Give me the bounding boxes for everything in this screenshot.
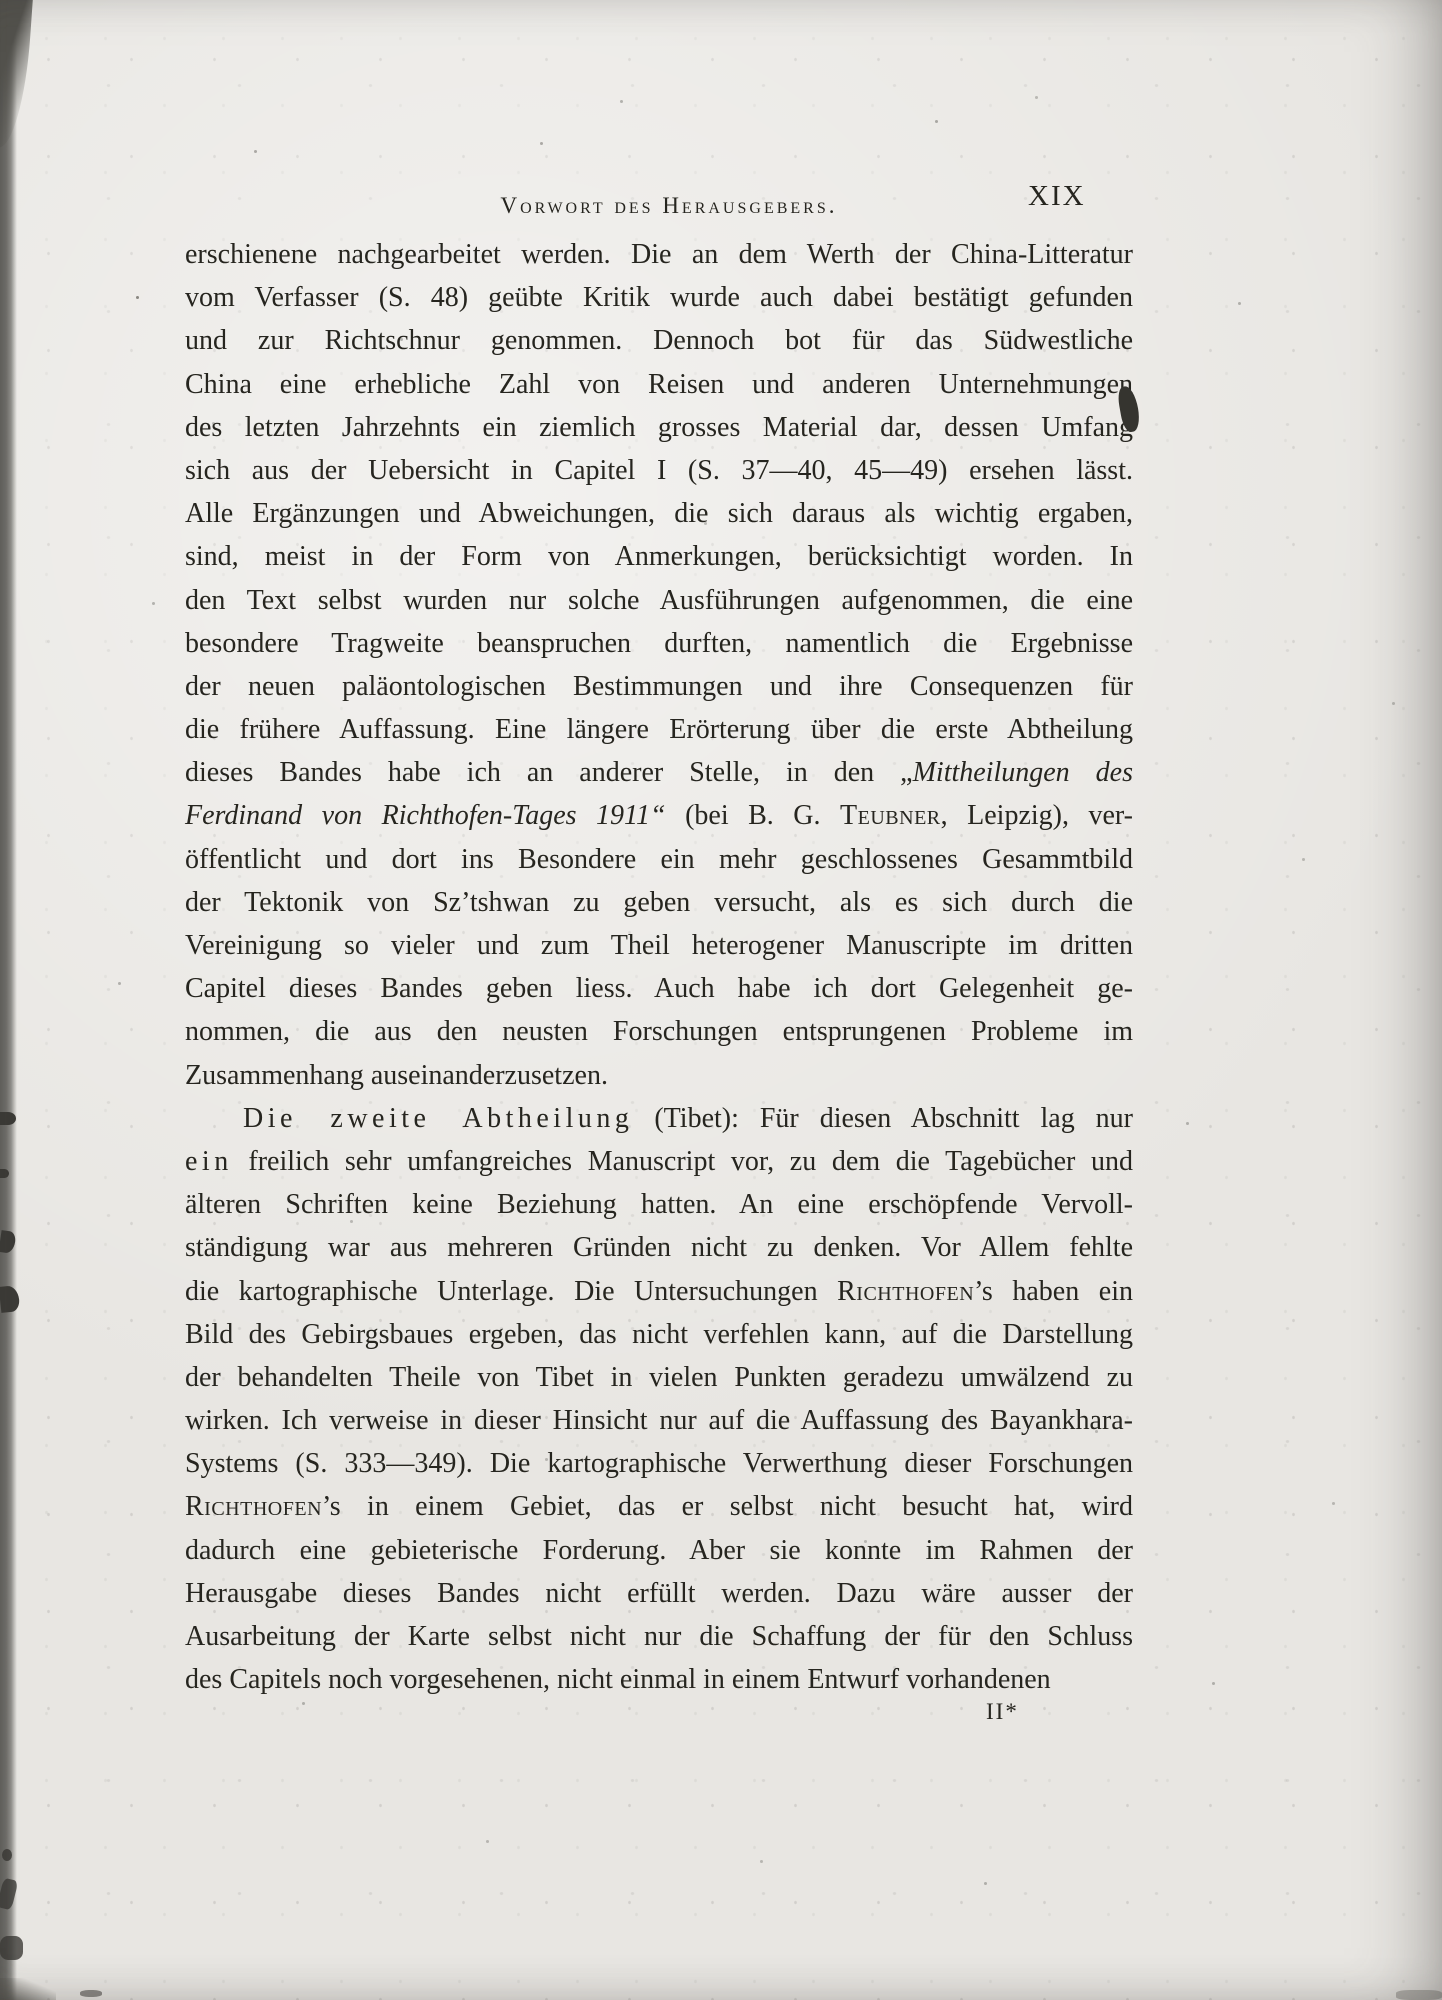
text-line: Herausgabe dieses Bandes nicht erfüllt w… — [185, 1572, 1133, 1615]
text-line: der behandelten Theile von Tibet in viel… — [185, 1356, 1133, 1399]
line-segment: (Tibet): Für diesen Abschnitt lag nur — [633, 1103, 1133, 1134]
signature-mark: II* — [986, 1699, 1019, 1725]
text-line: Systems (S. 333—349). Die kartographisch… — [185, 1442, 1133, 1485]
line-segment: dieses Bandes habe ich an anderer Stelle… — [185, 757, 913, 788]
text-line: die kartographische Unterlage. Die Unter… — [185, 1270, 1133, 1313]
paragraph-1: erschienene nachgearbeitet werden. Die a… — [185, 233, 1133, 1097]
text-line: Ferdinand von Richthofen-Tages 1911“ (be… — [185, 794, 1133, 837]
line-segment: ’s haben ein — [974, 1276, 1133, 1307]
journal-title-italic: Mittheilungen des — [913, 757, 1133, 788]
line-segment: freilich sehr umfangreiches Manuscript v… — [233, 1146, 1133, 1177]
text-line: älteren Schriften keine Beziehung hatten… — [185, 1183, 1133, 1226]
line-segment: , Leipzig), ver- — [941, 800, 1133, 831]
text-line: Richthofen’s in einem Gebiet, das er sel… — [185, 1485, 1133, 1528]
text-line: Die zweite Abtheilung (Tibet): Für diese… — [185, 1097, 1133, 1140]
text-line: der Tektonik von Sz’tshwan zu geben vers… — [185, 881, 1133, 924]
text-line: erschienene nachgearbeitet werden. Die a… — [185, 233, 1133, 276]
person-name-smallcaps: Richthofen — [185, 1491, 322, 1522]
text-line: Capitel dieses Bandes geben liess. Auch … — [185, 967, 1133, 1010]
body-text-block: erschienene nachgearbeitet werden. Die a… — [185, 233, 1133, 1701]
text-line: der neuen paläontologischen Bestimmungen… — [185, 665, 1133, 708]
text-line: wirken. Ich verweise in dieser Hinsicht … — [185, 1399, 1133, 1442]
emphasized-spaced-text: Die zweite Abtheilung — [243, 1103, 633, 1134]
line-segment: die kartographische Unterlage. Die Unter… — [185, 1276, 837, 1307]
text-line: Vereinigung so vieler und zum Theil hete… — [185, 924, 1133, 967]
emphasized-spaced-text: ein — [185, 1146, 233, 1177]
running-header-title: Vorwort des Herausgebers. — [195, 193, 1143, 219]
text-line: Ausarbeitung der Karte selbst nicht nur … — [185, 1615, 1133, 1658]
text-line: öffentlicht und dort ins Besondere ein m… — [185, 838, 1133, 881]
scan-artifact-blob — [0, 1936, 23, 1960]
paragraph-2: Die zweite Abtheilung (Tibet): Für diese… — [185, 1097, 1133, 1702]
text-line: China eine erhebliche Zahl von Reisen un… — [185, 363, 1133, 406]
line-segment: (bei B. G. — [666, 800, 840, 831]
paper-speckles — [0, 0, 3, 3]
text-line: den Text selbst wurden nur solche Ausfüh… — [185, 579, 1133, 622]
text-line: sich aus der Uebersicht in Capitel I (S.… — [185, 449, 1133, 492]
text-line: vom Verfasser (S. 48) geübte Kritik wurd… — [185, 276, 1133, 319]
scan-artifact-corner-mark — [0, 1978, 56, 2000]
journal-title-italic: Ferdinand von Richthofen-Tages 1911“ — [185, 800, 666, 831]
publisher-name-smallcaps: Teubner — [840, 800, 941, 831]
text-line: des Capitels noch vorgesehenen, nicht ei… — [185, 1658, 1133, 1701]
text-line: besondere Tragweite beanspruchen durften… — [185, 622, 1133, 665]
text-line: dadurch eine gebieterische Forderung. Ab… — [185, 1529, 1133, 1572]
scan-artifact-blob — [0, 1112, 16, 1125]
text-line: ein freilich sehr umfangreiches Manuscri… — [185, 1140, 1133, 1183]
text-line: Bild des Gebirgsbaues ergeben, das nicht… — [185, 1313, 1133, 1356]
text-line: dieses Bandes habe ich an anderer Stelle… — [185, 751, 1133, 794]
text-line: Zusammenhang auseinanderzusetzen. — [185, 1054, 1133, 1097]
text-line: und zur Richtschnur genommen. Dennoch bo… — [185, 319, 1133, 362]
scan-artifact-corner-mark — [1396, 1990, 1442, 2000]
text-line: sind, meist in der Form von Anmerkungen,… — [185, 535, 1133, 578]
person-name-smallcaps: Richthofen — [837, 1276, 974, 1307]
text-line: ständigung war aus mehreren Gründen nich… — [185, 1226, 1133, 1269]
scan-artifact-blob — [2, 1849, 12, 1861]
text-line: Alle Ergänzungen und Abweichungen, die s… — [185, 492, 1133, 535]
page-number: XIX — [1028, 180, 1086, 213]
text-line: die frühere Auffassung. Eine längere Erö… — [185, 708, 1133, 751]
scan-artifact-blob — [80, 1990, 102, 1997]
line-segment: ’s in einem Gebiet, das er selbst nicht … — [322, 1491, 1133, 1522]
scanned-book-page: Vorwort des Herausgebers. XIX erschienen… — [0, 0, 1442, 2000]
text-line: nommen, die aus den neusten Forschungen … — [185, 1010, 1133, 1053]
scan-artifact-left-edge — [0, 0, 18, 2000]
text-line: des letzten Jahrzehnts ein ziemlich gros… — [185, 406, 1133, 449]
scan-artifact-blob — [0, 1169, 9, 1178]
